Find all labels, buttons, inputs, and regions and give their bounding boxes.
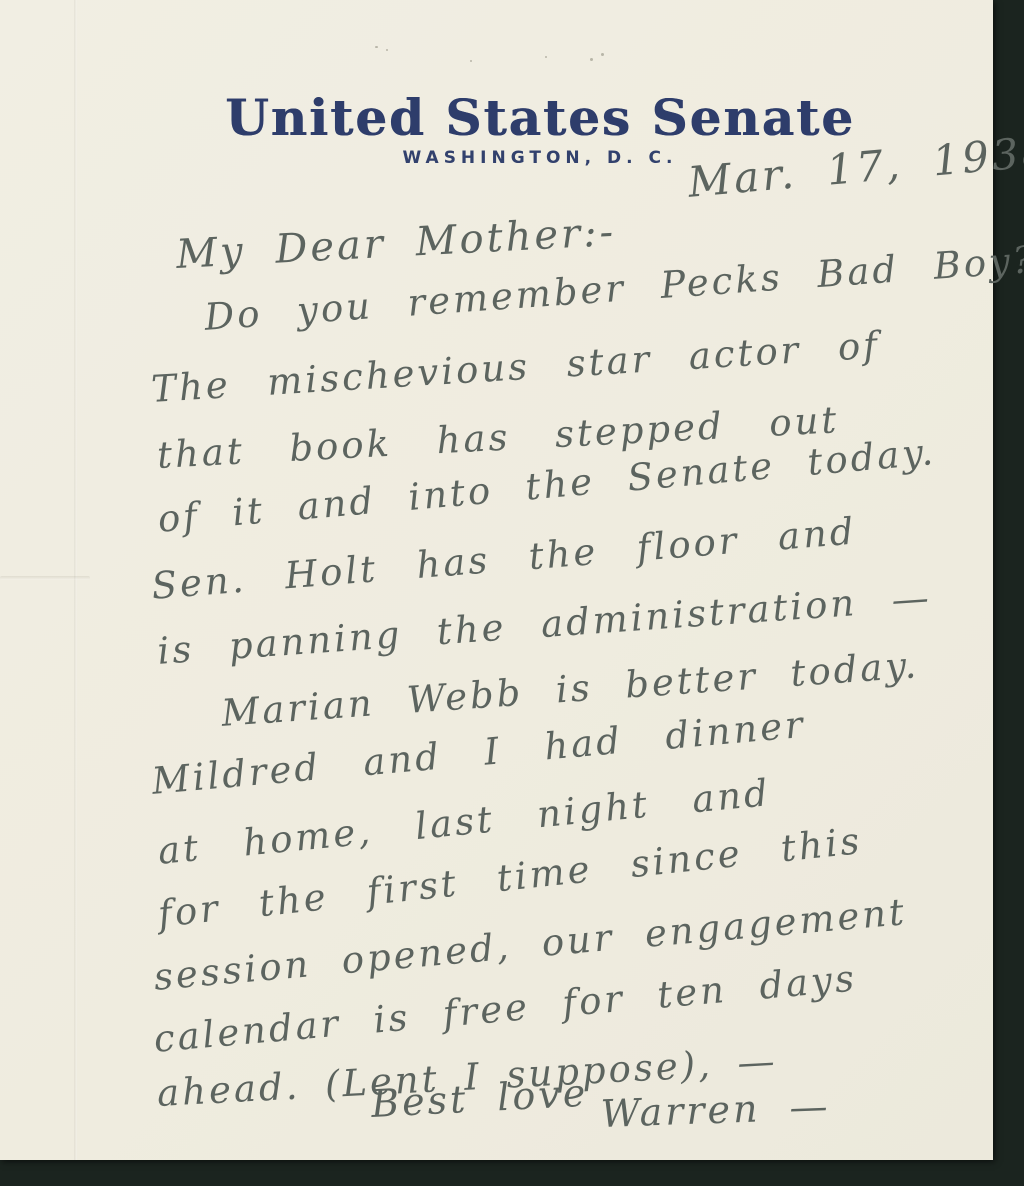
letter-signature: Warren — [600, 1084, 831, 1136]
paper-speck [470, 60, 472, 62]
scanned-letter: United States Senate WASHINGTON, D. C. M… [0, 0, 1024, 1186]
letter-salutation: My Dear Mother:- [175, 209, 617, 278]
vertical-fold-line [74, 0, 77, 1160]
horizontal-fold-crease [0, 576, 90, 580]
paper-speck [590, 58, 593, 61]
paper-speck [545, 56, 547, 58]
paper-speck [386, 49, 388, 51]
paper-speck [601, 53, 604, 56]
paper-speck [375, 46, 378, 48]
letterhead-subtitle: WASHINGTON, D. C. [403, 148, 678, 168]
letterhead-title: United States Senate [225, 88, 855, 147]
letter-line: The mischevious star actor of [150, 323, 881, 410]
letter-paper: United States Senate WASHINGTON, D. C. M… [0, 0, 993, 1160]
